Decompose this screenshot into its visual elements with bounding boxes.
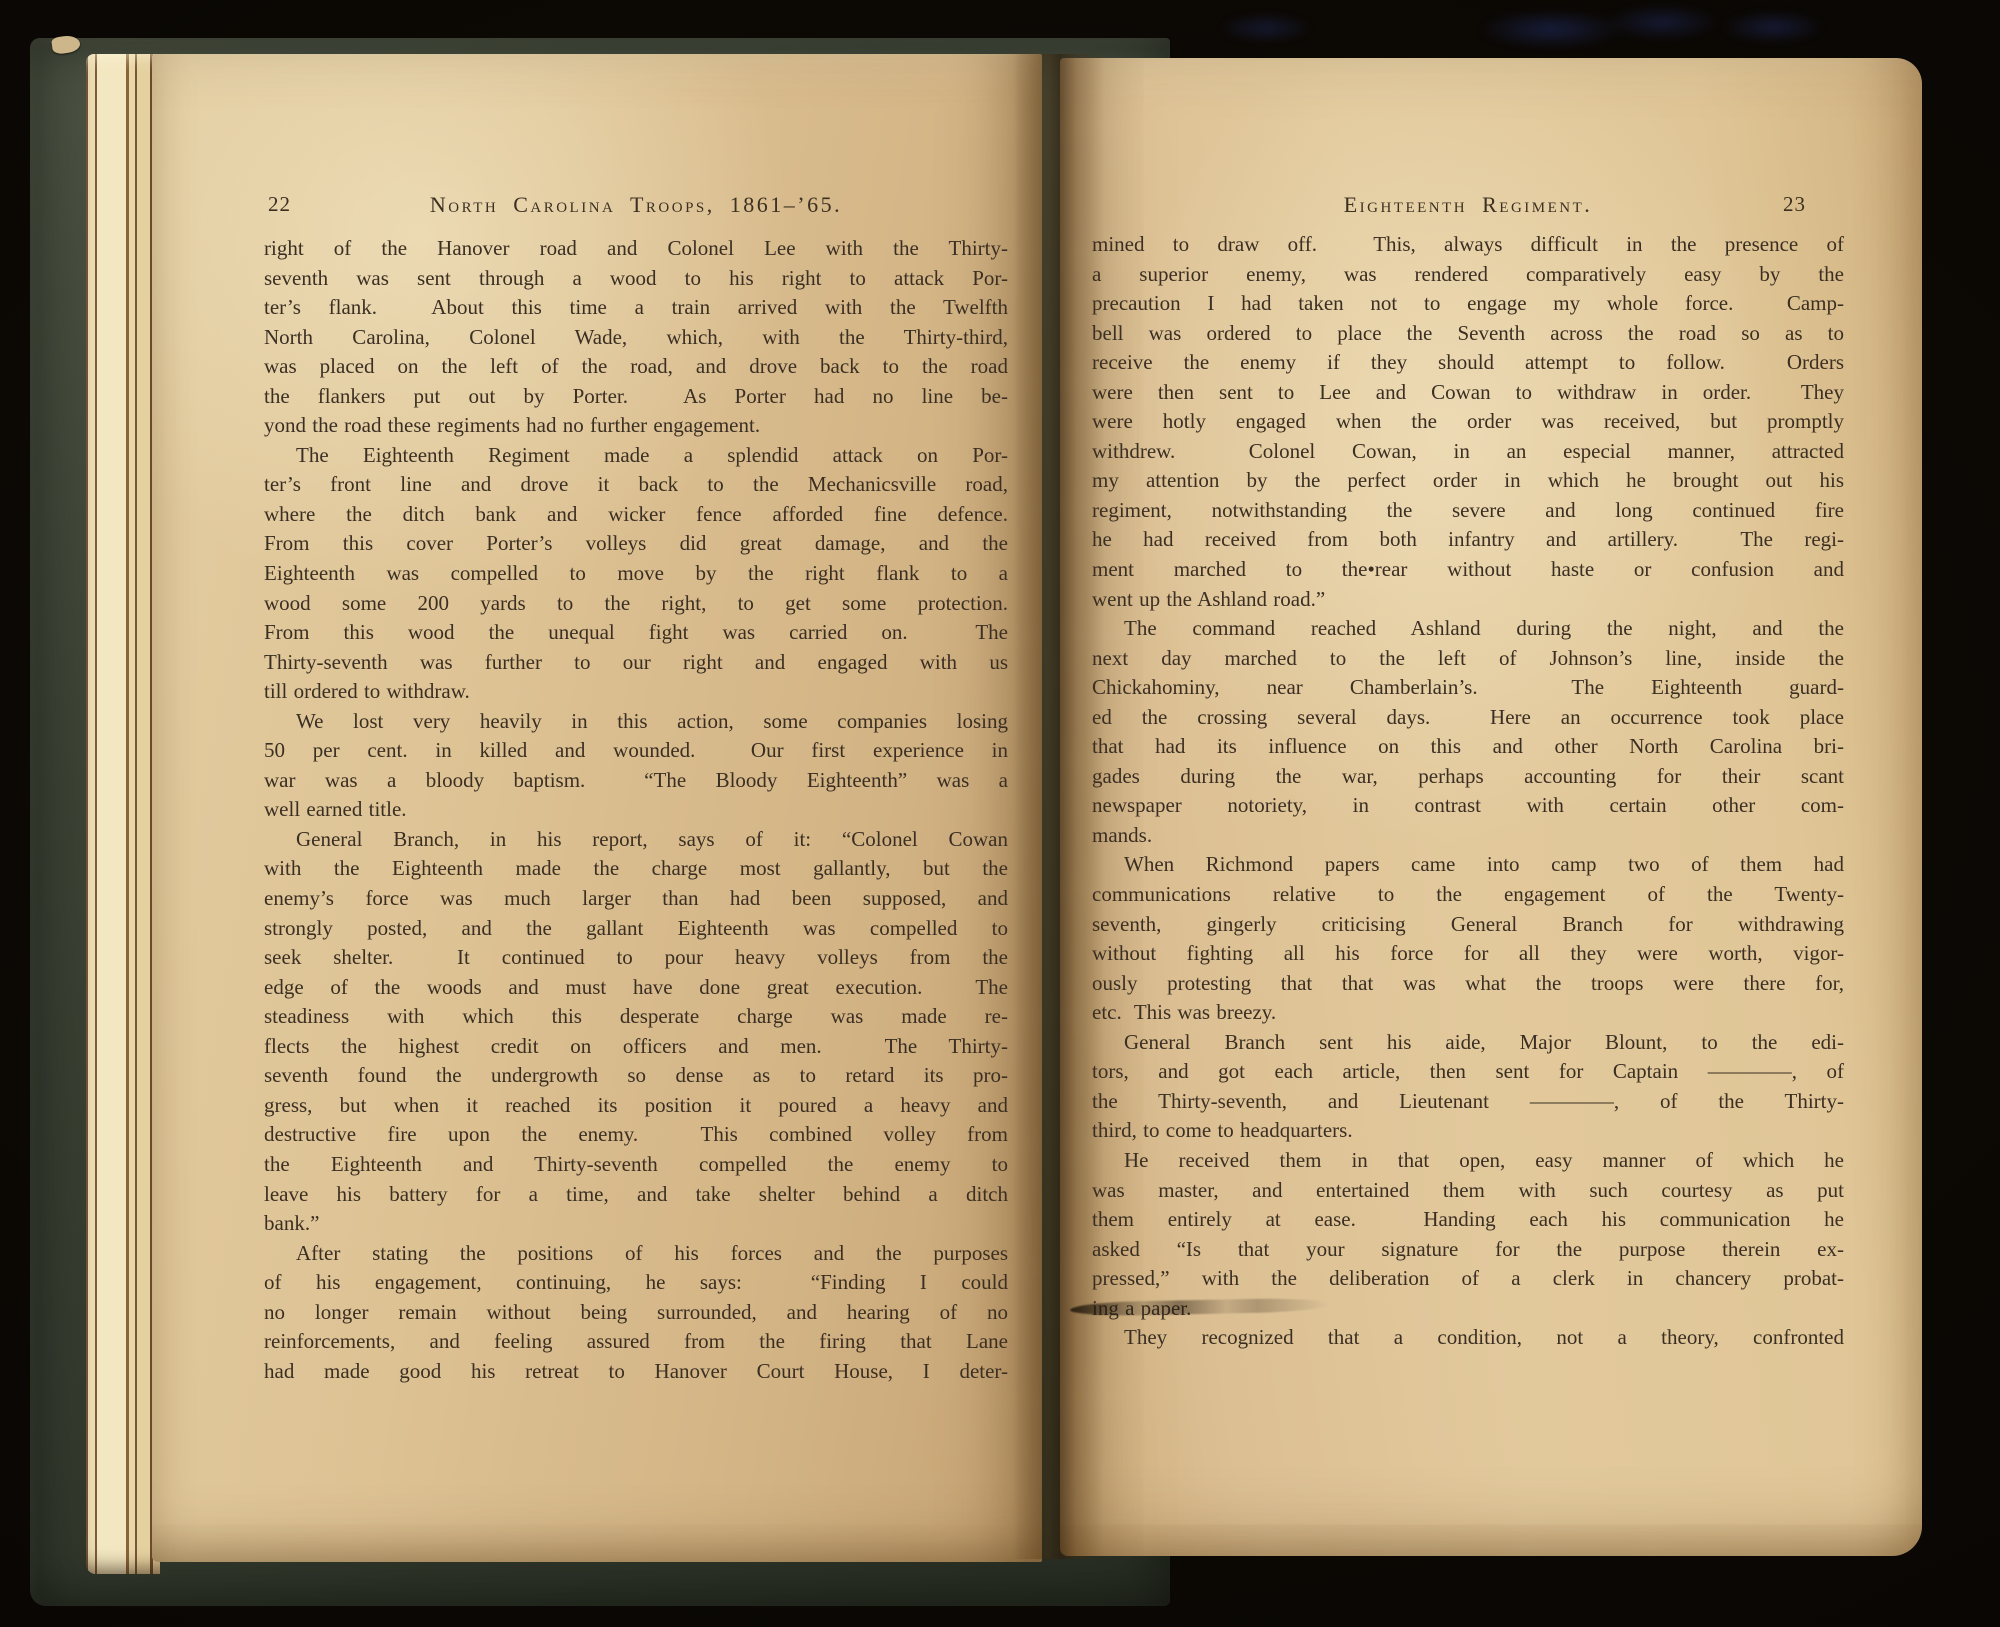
text-line: of his engagement, continuing, he says: …	[264, 1268, 1008, 1298]
text-line: without fighting all his force for all t…	[1092, 939, 1844, 969]
text-line: next day marched to the left of Johnson’…	[1092, 644, 1844, 674]
text-line: yond the road these regiments had no fur…	[264, 411, 1008, 441]
text-line: was placed on the left of the road, and …	[264, 352, 1008, 382]
text-line: seventh, gingerly criticising General Br…	[1092, 910, 1844, 940]
text-line: When Richmond papers came into camp two …	[1092, 850, 1844, 880]
text-line: mined to draw off. This, always difficul…	[1092, 230, 1844, 260]
page-edge-stack-left	[86, 54, 160, 1574]
text-line: The Eighteenth Regiment made a splendid …	[264, 441, 1008, 471]
text-line: etc. This was breezy.	[1092, 998, 1844, 1028]
book-photo: 22 North Carolina Troops, 1861–’65. righ…	[0, 0, 2000, 1627]
text-line: the flankers put out by Porter. As Porte…	[264, 382, 1008, 412]
paragraph: The command reached Ashland during the n…	[1092, 614, 1844, 850]
text-line: seventh found the undergrowth so dense a…	[264, 1061, 1008, 1091]
text-line: with the Eighteenth made the charge most…	[264, 854, 1008, 884]
text-line: ment marched to the•rear without haste o…	[1092, 555, 1844, 585]
left-page-header: 22 North Carolina Troops, 1861–’65.	[264, 192, 1008, 226]
paragraph: mined to draw off. This, always difficul…	[1092, 230, 1844, 614]
text-line: enemy’s force was much larger than had b…	[264, 884, 1008, 914]
right-running-title: Eighteenth Regiment.	[1092, 192, 1844, 218]
text-line: seventh was sent through a wood to his r…	[264, 264, 1008, 294]
text-line: newspaper notoriety, in contrast with ce…	[1092, 791, 1844, 821]
text-line: From this cover Porter’s volleys did gre…	[264, 529, 1008, 559]
text-line: They recognized that a condition, not a …	[1092, 1323, 1844, 1353]
text-line: General Branch sent his aide, Major Blou…	[1092, 1028, 1844, 1058]
text-line: pressed,” with the deliberation of a cle…	[1092, 1264, 1844, 1294]
right-page-number: 23	[1783, 192, 1806, 217]
left-page-text: right of the Hanover road and Colonel Le…	[264, 234, 1008, 1386]
text-line: bank.”	[264, 1209, 1008, 1239]
text-line: gress, but when it reached its position …	[264, 1091, 1008, 1121]
right-page: Eighteenth Regiment. 23 mined to draw of…	[1060, 58, 1922, 1556]
text-line: leave his battery for a time, and take s…	[264, 1180, 1008, 1210]
text-line: he had received from both infantry and a…	[1092, 525, 1844, 555]
paragraph: right of the Hanover road and Colonel Le…	[264, 234, 1008, 441]
text-line: no longer remain without being surrounde…	[264, 1298, 1008, 1328]
text-line: the Eighteenth and Thirty-seventh compel…	[264, 1150, 1008, 1180]
text-line: withdrew. Colonel Cowan, in an especial …	[1092, 437, 1844, 467]
text-line: went up the Ashland road.”	[1092, 585, 1844, 615]
text-line: that had its influence on this and other…	[1092, 732, 1844, 762]
paragraph: They recognized that a condition, not a …	[1092, 1323, 1844, 1353]
text-line: precaution I had taken not to engage my …	[1092, 289, 1844, 319]
text-line: a superior enemy, was rendered comparati…	[1092, 260, 1844, 290]
right-page-text: mined to draw off. This, always difficul…	[1092, 230, 1844, 1353]
text-line: edge of the woods and must have done gre…	[264, 973, 1008, 1003]
text-line: regiment, notwithstanding the severe and…	[1092, 496, 1844, 526]
text-line: ed the crossing several days. Here an oc…	[1092, 703, 1844, 733]
text-line: had made good his retreat to Hanover Cou…	[264, 1357, 1008, 1387]
text-line: bell was ordered to place the Seventh ac…	[1092, 319, 1844, 349]
text-line: third, to come to headquarters.	[1092, 1116, 1844, 1146]
paragraph: He received them in that open, easy mann…	[1092, 1146, 1844, 1323]
text-line: them entirely at ease. Handing each his …	[1092, 1205, 1844, 1235]
paragraph: General Branch, in his report, says of i…	[264, 825, 1008, 1239]
text-line: seek shelter. It continued to pour heavy…	[264, 943, 1008, 973]
text-line: the Thirty-seventh, and Lieutenant ————,…	[1092, 1087, 1844, 1117]
text-line: After stating the positions of his force…	[264, 1239, 1008, 1269]
text-line: till ordered to withdraw.	[264, 677, 1008, 707]
text-line: Thirty-seventh was further to our right …	[264, 648, 1008, 678]
text-line: ter’s front line and drove it back to th…	[264, 470, 1008, 500]
left-running-title: North Carolina Troops, 1861–’65.	[264, 192, 1008, 218]
text-line: wood some 200 yards to the right, to get…	[264, 589, 1008, 619]
text-line: Chickahominy, near Chamberlain’s. The Ei…	[1092, 673, 1844, 703]
text-line: my attention by the perfect order in whi…	[1092, 466, 1844, 496]
paragraph: The Eighteenth Regiment made a splendid …	[264, 441, 1008, 707]
text-line: asked “Is that your signature for the pu…	[1092, 1235, 1844, 1265]
text-line: receive the enemy if they should attempt…	[1092, 348, 1844, 378]
text-line: ter’s flank. About this time a train arr…	[264, 293, 1008, 323]
left-page: 22 North Carolina Troops, 1861–’65. righ…	[152, 54, 1042, 1562]
blue-pen-mark	[1470, 4, 1840, 50]
text-line: General Branch, in his report, says of i…	[264, 825, 1008, 855]
text-line: communications relative to the engagemen…	[1092, 880, 1844, 910]
text-line: steadiness with which this desperate cha…	[264, 1002, 1008, 1032]
text-line: From this wood the unequal fight was car…	[264, 618, 1008, 648]
text-line: ously protesting that that was what the …	[1092, 969, 1844, 999]
text-line: tors, and got each article, then sent fo…	[1092, 1057, 1844, 1087]
paragraph: When Richmond papers came into camp two …	[1092, 850, 1844, 1027]
text-line: where the ditch bank and wicker fence af…	[264, 500, 1008, 530]
text-line: well earned title.	[264, 795, 1008, 825]
paragraph: We lost very heavily in this action, som…	[264, 707, 1008, 825]
text-line: 50 per cent. in killed and wounded. Our …	[264, 736, 1008, 766]
text-line: were then sent to Lee and Cowan to withd…	[1092, 378, 1844, 408]
text-line: He received them in that open, easy mann…	[1092, 1146, 1844, 1176]
text-line: reinforcements, and feeling assured from…	[264, 1327, 1008, 1357]
paragraph: General Branch sent his aide, Major Blou…	[1092, 1028, 1844, 1146]
text-line: We lost very heavily in this action, som…	[264, 707, 1008, 737]
text-line: gades during the war, perhaps accounting…	[1092, 762, 1844, 792]
text-line: strongly posted, and the gallant Eightee…	[264, 914, 1008, 944]
blue-pen-mark	[1196, 10, 1336, 46]
text-line: flects the highest credit on officers an…	[264, 1032, 1008, 1062]
text-line: Eighteenth was compelled to move by the …	[264, 559, 1008, 589]
paragraph: After stating the positions of his force…	[264, 1239, 1008, 1387]
text-line: were hotly engaged when the order was re…	[1092, 407, 1844, 437]
text-line: destructive fire upon the enemy. This co…	[264, 1120, 1008, 1150]
text-line: North Carolina, Colonel Wade, which, wit…	[264, 323, 1008, 353]
right-page-header: Eighteenth Regiment. 23	[1092, 192, 1844, 226]
text-line: The command reached Ashland during the n…	[1092, 614, 1844, 644]
text-line: war was a bloody baptism. “The Bloody Ei…	[264, 766, 1008, 796]
text-line: mands.	[1092, 821, 1844, 851]
text-line: right of the Hanover road and Colonel Le…	[264, 234, 1008, 264]
text-line: was master, and entertained them with su…	[1092, 1176, 1844, 1206]
left-page-number: 22	[268, 192, 291, 217]
